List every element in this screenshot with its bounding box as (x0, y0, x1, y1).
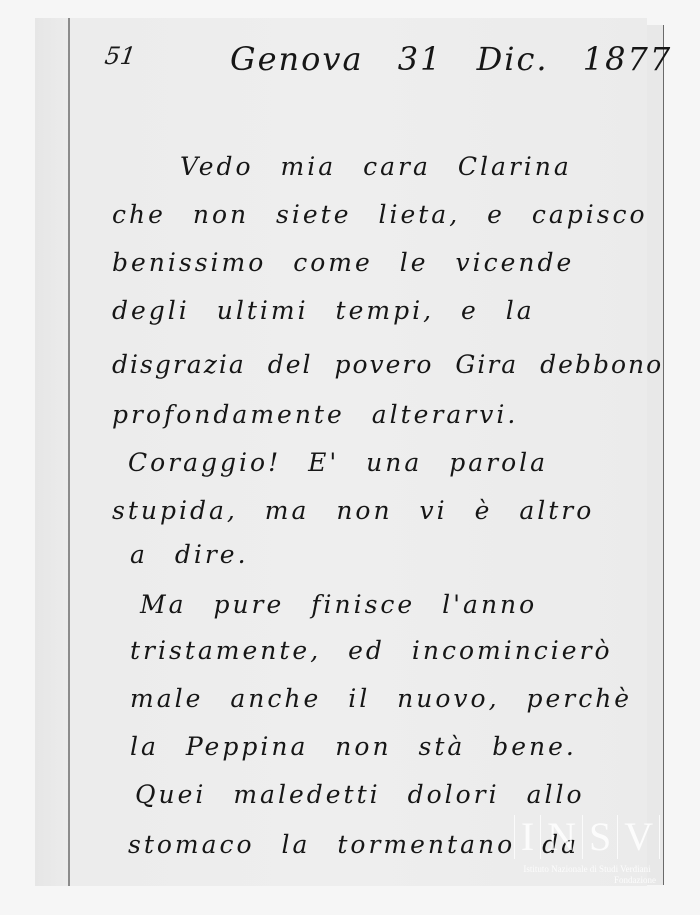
letter-heading: Genova 31 Dic. 1877 (230, 40, 672, 78)
letter-line: stupida, ma non vi è altro (112, 496, 594, 525)
letter-line: disgrazia del povero Gira debbono (112, 350, 663, 379)
watermark-institution: Istituto Nazionale di Studi Verdiani (512, 863, 662, 875)
letter-line: tristamente, ed incomincierò (130, 636, 613, 665)
page-number: 51 (103, 42, 137, 70)
insv-watermark: I N S V Istituto Nazionale di Studi Verd… (512, 815, 662, 885)
letter-line: Vedo mia cara Clarina (180, 152, 572, 181)
letter-line: degli ultimi tempi, e la (112, 296, 535, 325)
heading-date: 31 Dic. 1877 (398, 40, 672, 78)
letter-line: profondamente alterarvi. (112, 400, 518, 429)
watermark-subtitle: Fondazione (512, 875, 662, 885)
letter-line: che non siete lieta, e capisco (112, 200, 648, 229)
watermark-logo: I N S V (512, 815, 662, 859)
letter-line: male anche il nuovo, perchè (130, 684, 632, 713)
heading-place: Genova (230, 40, 364, 78)
letter-line: a dire. (130, 540, 249, 569)
letter-line: Quei maledetti dolori allo (135, 780, 585, 809)
scan-viewport: 51 Genova 31 Dic. 1877 Vedo mia cara Cla… (0, 0, 700, 915)
letter-line: la Peppina non stà bene. (130, 732, 577, 761)
margin-rule (68, 18, 70, 886)
letter-line: Ma pure finisce l'anno (140, 590, 537, 619)
letter-line: benissimo come le vicende (112, 248, 574, 277)
letter-line: Coraggio! E' una parola (128, 448, 548, 477)
paper-edge-shadow (647, 25, 664, 885)
